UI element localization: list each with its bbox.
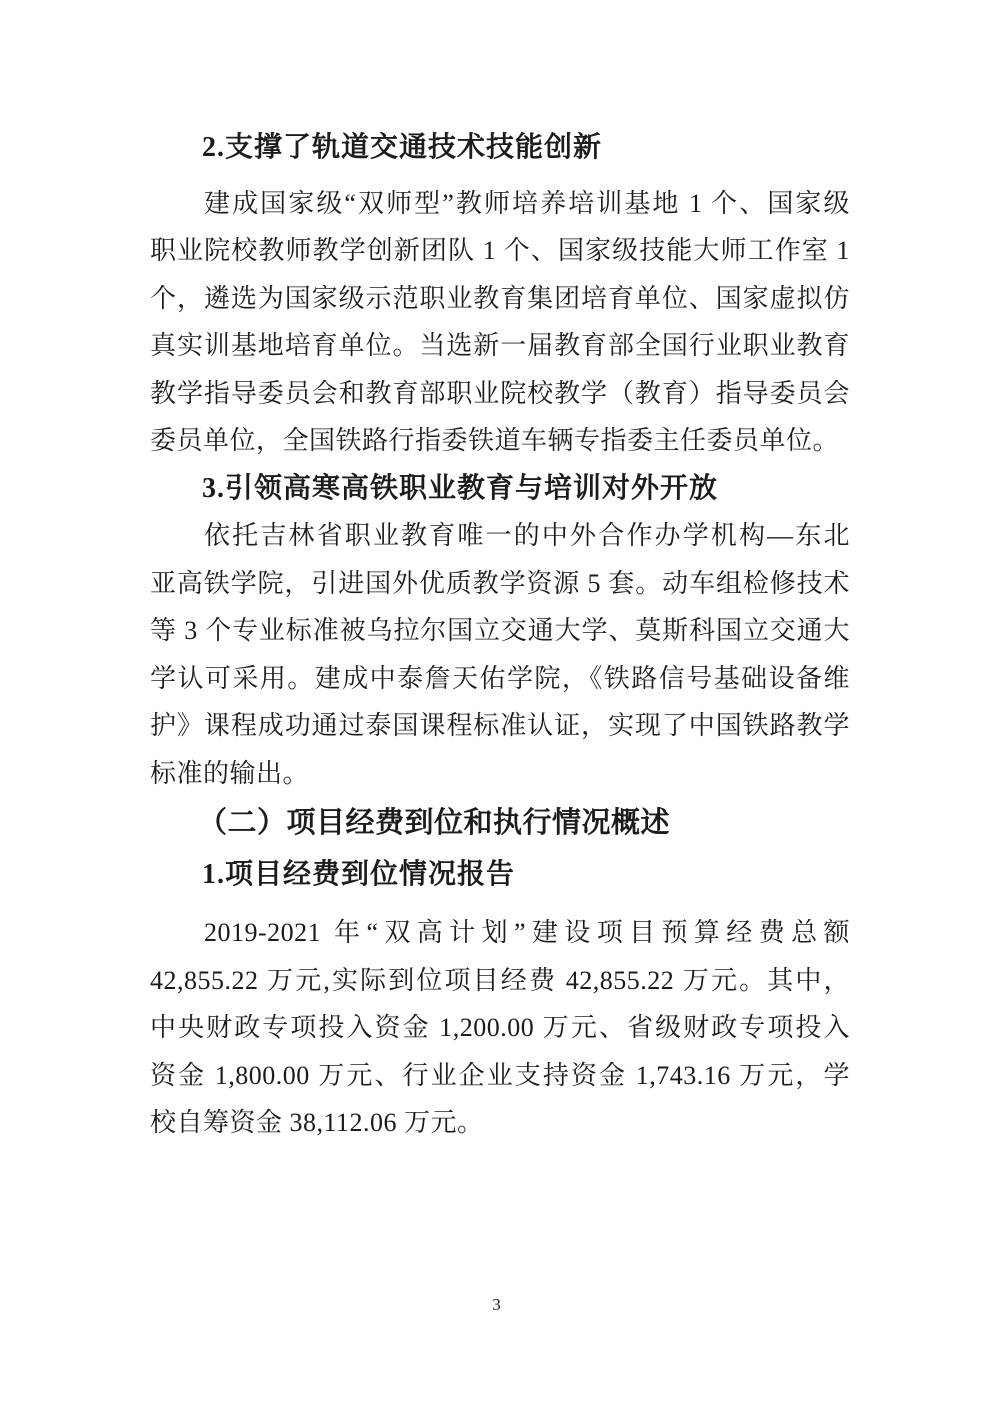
text-line: 护》课程成功通过泰国课程标准认证，实现了中国铁路教学 bbox=[150, 702, 850, 750]
heading-1-funding-arrival-report: 1.项目经费到位情况报告 bbox=[150, 849, 850, 901]
text-line: 真实训基地培育单位。当选新一届教育部全国行业职业教育 bbox=[150, 322, 850, 370]
page-number: 3 bbox=[492, 1295, 501, 1314]
text-line: 2019-2021 年“双高计划”建设项目预算经费总额 bbox=[150, 909, 850, 957]
text-line: 职业院校教师教学创新团队 1 个、国家级技能大师工作室 1 bbox=[150, 227, 850, 275]
text-line: 依托吉林省职业教育唯一的中外合作办学机构—东北 bbox=[150, 512, 850, 560]
text-line: 学认可采用。建成中泰詹天佑学院，《铁路信号基础设备维 bbox=[150, 655, 850, 703]
text-line: 42,855.22 万元,实际到位项目经费 42,855.22 万元。其中， bbox=[150, 957, 850, 1005]
text-line: 资金 1,800.00 万元、行业企业支持资金 1,743.16 万元，学 bbox=[150, 1052, 850, 1100]
document-page: 2.支撑了轨道交通技术技能创新建成国家级“双师型”教师培养培训基地 1 个、国家… bbox=[0, 0, 993, 1404]
text-line: 个，遴选为国家级示范职业教育集团培育单位、国家虚拟仿 bbox=[150, 275, 850, 323]
text-line: 中央财政专项投入资金 1,200.00 万元、省级财政专项投入 bbox=[150, 1004, 850, 1052]
heading-section-2-funding-overview: （二）项目经费到位和执行情况概述 bbox=[150, 797, 850, 849]
text-line: 建成国家级“双师型”教师培养培训基地 1 个、国家级 bbox=[150, 180, 850, 228]
text-line: 委员单位，全国铁路行指委铁道车辆专指委主任委员单位。 bbox=[150, 417, 850, 465]
text-line: 等 3 个专业标准被乌拉尔国立交通大学、莫斯科国立交通大 bbox=[150, 607, 850, 655]
page-footer: 3 bbox=[0, 1292, 993, 1318]
text-line: 亚高铁学院，引进国外优质教学资源 5 套。动车组检修技术 bbox=[150, 560, 850, 608]
heading-3-high-speed-rail-education-opening: 3.引领高寒高铁职业教育与培训对外开放 bbox=[150, 465, 850, 513]
text-line: 教学指导委员会和教育部职业院校教学（教育）指导委员会 bbox=[150, 370, 850, 418]
text-line: 校自筹资金 38,112.06 万元。 bbox=[150, 1099, 850, 1147]
paragraph-national-achievements: 建成国家级“双师型”教师培养培训基地 1 个、国家级职业院校教师教学创新团队 1… bbox=[150, 180, 850, 465]
document-body: 2.支撑了轨道交通技术技能创新建成国家级“双师型”教师培养培训基地 1 个、国家… bbox=[150, 124, 850, 1147]
heading-2-rail-transit-skill-innovation: 2.支撑了轨道交通技术技能创新 bbox=[150, 124, 850, 172]
text-line: 标准的输出。 bbox=[150, 750, 850, 798]
paragraph-funding-figures: 2019-2021 年“双高计划”建设项目预算经费总额42,855.22 万元,… bbox=[150, 909, 850, 1147]
paragraph-international-cooperation: 依托吉林省职业教育唯一的中外合作办学机构—东北亚高铁学院，引进国外优质教学资源 … bbox=[150, 512, 850, 797]
